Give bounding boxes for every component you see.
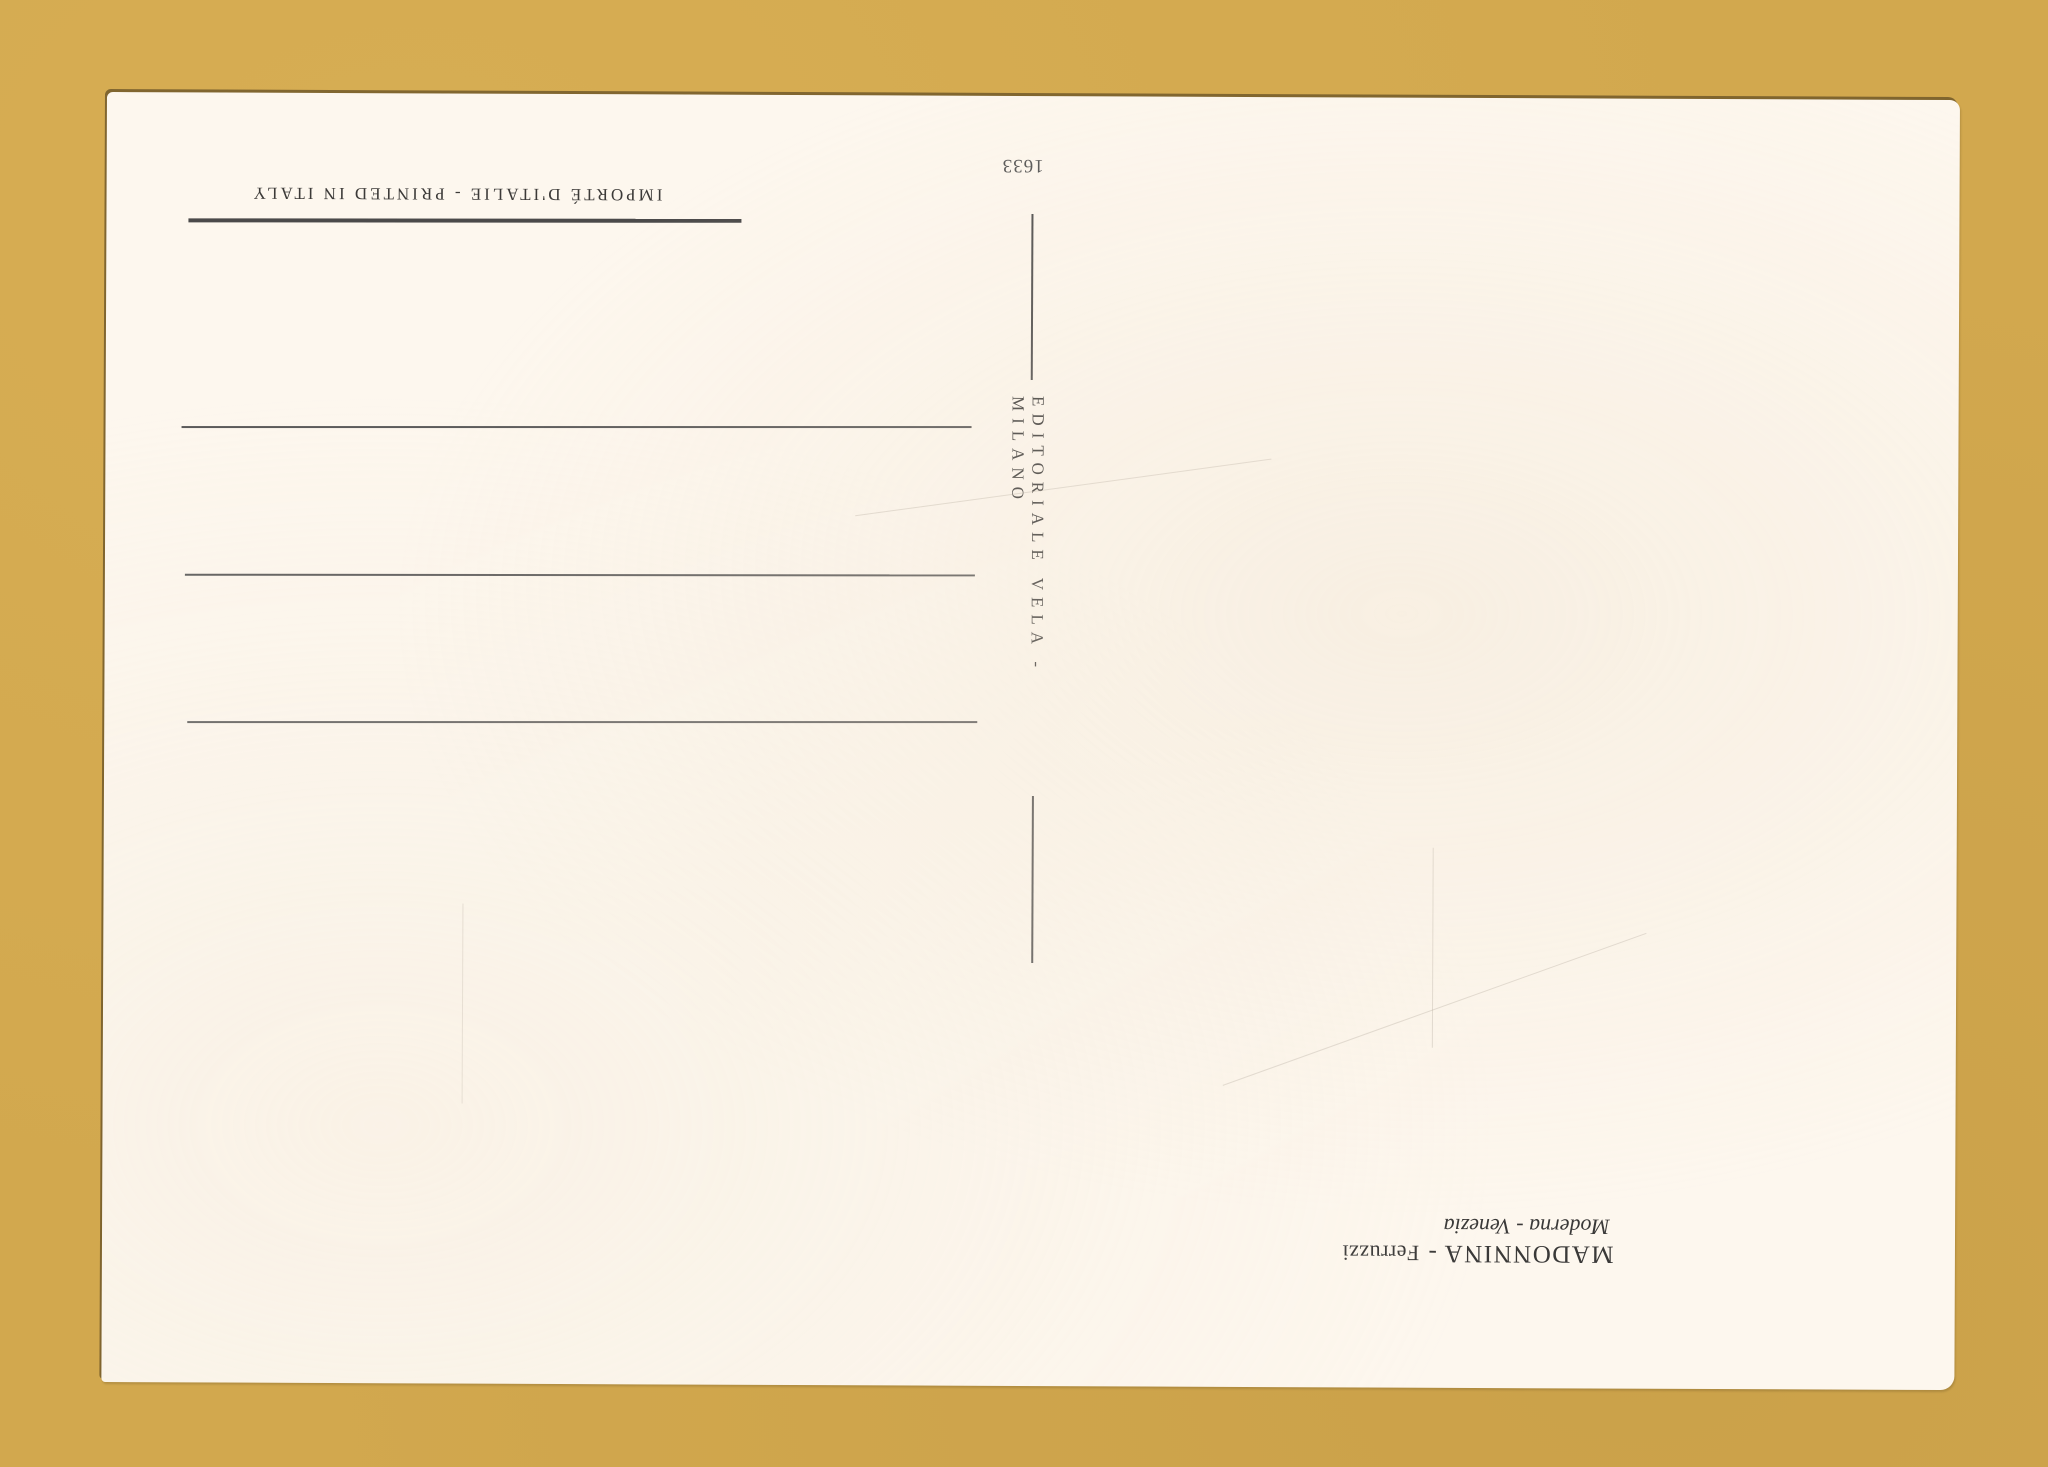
artwork-caption: MADONNINA - Ferruzzi Moderna - Venezia: [1342, 1212, 1852, 1268]
address-line-2: [185, 574, 975, 577]
publisher-imprint: EDITORIALE VELA - MILANO: [1016, 396, 1048, 776]
address-line-3: [187, 721, 977, 723]
artwork-location: Moderna - Venezia: [1342, 1212, 1614, 1239]
import-notice-text: IMPORTÉ D'ITALIE - PRINTED IN ITALY: [251, 183, 663, 205]
address-line-1: [182, 426, 972, 428]
center-divider-bottom: [1031, 796, 1034, 963]
postcard-back: IMPORTÉ D'ITALIE - PRINTED IN ITALY 1633…: [101, 92, 1960, 1390]
paper-scratch: [855, 459, 1271, 517]
artwork-caption-rotated: MADONNINA - Ferruzzi Moderna - Venezia: [1342, 1212, 1614, 1267]
paper-scratch: [1432, 848, 1434, 1048]
artwork-title-line: MADONNINA - Ferruzzi: [1342, 1238, 1614, 1267]
serial-number: 1633: [1002, 154, 1044, 176]
center-divider-top: [1031, 214, 1034, 380]
import-notice: IMPORTÉ D'ITALIE - PRINTED IN ITALY: [222, 183, 692, 205]
caption-separator: -: [1419, 1240, 1444, 1267]
artwork-title: MADONNINA: [1445, 1240, 1614, 1268]
artwork-author: Ferruzzi: [1342, 1240, 1419, 1265]
import-notice-rule: [188, 218, 741, 222]
serial-number-text: 1633: [1002, 154, 1044, 176]
paper-scratch: [1223, 933, 1647, 1086]
paper-scratch: [462, 904, 464, 1104]
